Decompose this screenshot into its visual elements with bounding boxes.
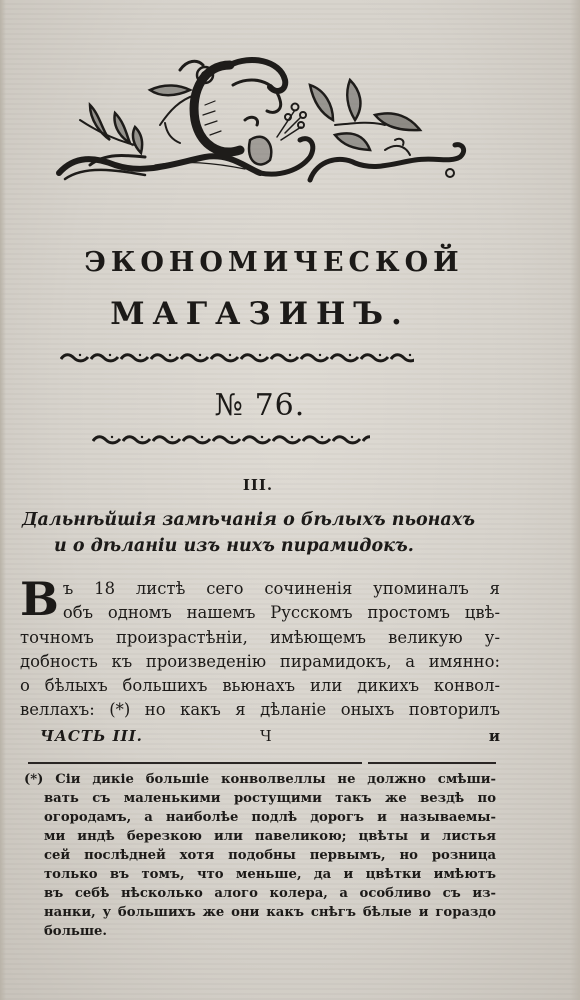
body-line: ъ 18 листѣ сего сочиненія упоминалъ я [20, 577, 500, 601]
footnote-line: (*) Сіи дикіе большіе конволвеллы не дол… [24, 770, 496, 789]
body-line: добность къ произведенію пирамидокъ, а и… [20, 650, 500, 674]
section-heading-line: Дальнѣйшія замѣчанія о бѣлыхъ пьонахъ [22, 507, 492, 533]
footnote-line: ми индѣ березкою или павеликою; цвѣты и … [24, 827, 496, 846]
page-left-edge [0, 0, 6, 1000]
decorative-rule-icon [92, 434, 370, 446]
footnote: (*) Сіи дикіе большіе конволвеллы не дол… [24, 770, 496, 941]
footnote-line: нанки, у большихъ же они какъ снѣгъ бѣлы… [24, 903, 496, 922]
body-line: веллахъ: (*) но какъ я дѣланіе оныхъ пов… [20, 698, 500, 722]
signature-line: ЧАСТЬ III. Ч и [40, 727, 500, 747]
part-signature: ЧАСТЬ III. [40, 727, 143, 745]
body-paragraph: В ъ 18 листѣ сего сочиненія упоминалъ я … [20, 577, 500, 723]
footnote-line: только въ томъ, что меньше, да и цвѣтки … [24, 865, 496, 884]
catchword: и [489, 727, 500, 745]
page-right-edge [570, 0, 580, 1000]
decorative-rule-icon [60, 352, 414, 364]
body-line: точномъ произрастѣніи, имѣющемъ великую … [20, 626, 500, 650]
magazine-title-line1: ЭКОНОМИЧЕСКОЙ [0, 247, 564, 278]
sheet-mark: Ч [260, 727, 272, 745]
body-line: о бѣлыхъ большихъ вьюнахъ или дикихъ кон… [20, 674, 500, 698]
footnote-line: огородамъ, а наиболѣе подлѣ дорогъ и наз… [24, 808, 496, 827]
book-page: ЭКОНОМИЧЕСКОЙ МАГАЗИНЪ. № 76. III. [0, 0, 580, 1000]
section-number: III. [0, 476, 548, 494]
section-heading-line: и о дѣланіи изъ нихъ пирамидокъ. [22, 533, 492, 559]
footnote-divider [28, 762, 362, 764]
footnote-line: въ себѣ нѣсколько алого колера, а особли… [24, 884, 496, 903]
drop-cap: В [20, 579, 59, 619]
footnote-line: вать съ маленькими ростущими такъ же вез… [24, 789, 496, 808]
section-heading: Дальнѣйшія замѣчанія о бѣлыхъ пьонахъ и … [22, 507, 492, 559]
footnote-line: сей послѣдней хотя подобны первымъ, но р… [24, 846, 496, 865]
footnote-divider [368, 762, 496, 764]
magazine-title-line2: МАГАЗИНЪ. [0, 296, 550, 332]
body-line: объ одномъ нашемъ Русскомъ простомъ цвѣ- [20, 601, 500, 625]
footnote-line: больше. [24, 922, 496, 941]
issue-number: № 76. [0, 388, 550, 423]
rococo-headpiece-ornament-icon [55, 45, 475, 190]
